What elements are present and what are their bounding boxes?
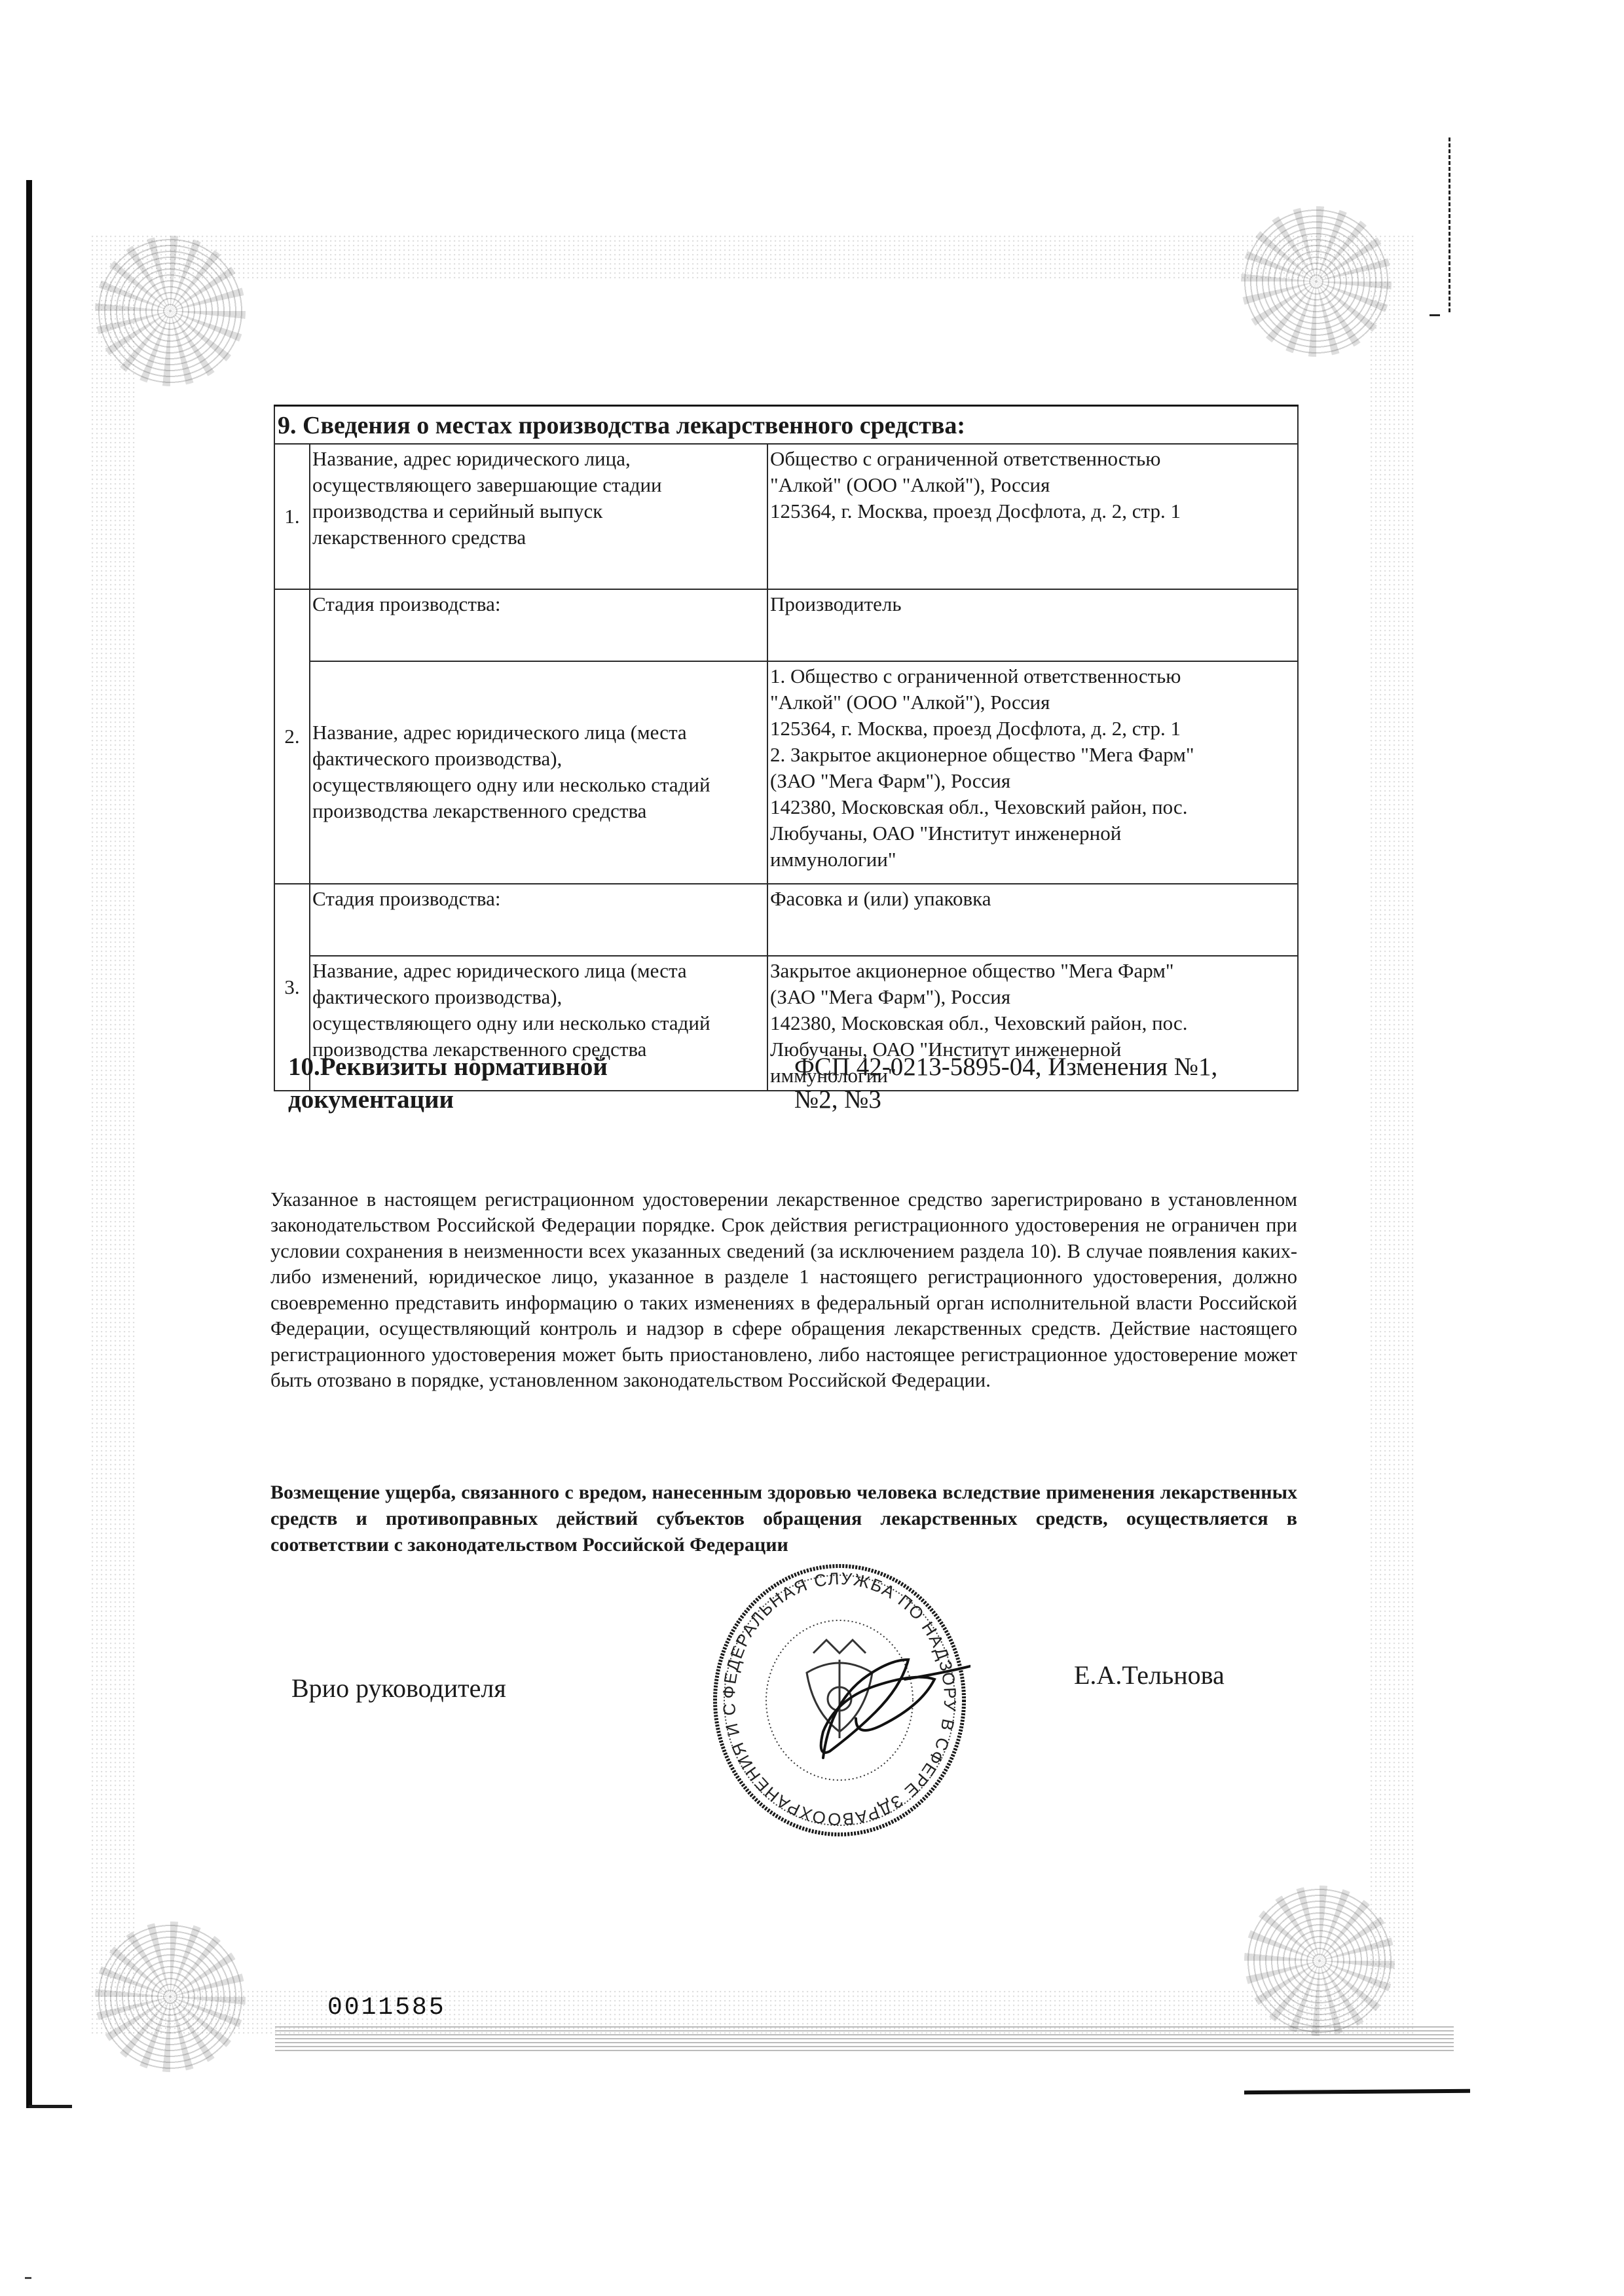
stage-label: Стадия производства: [310, 884, 767, 956]
stage-value: Фасовка и (или) упаковка [767, 884, 1298, 956]
table-row: 3. Стадия производства: Фасовка и (или) … [274, 884, 1298, 956]
signer-name: Е.А.Тельнова [1074, 1660, 1225, 1690]
section-10: 10.Реквизиты нормативной документации ФС… [288, 1051, 1336, 1129]
registration-notice: Указанное в настоящем регистрационном уд… [270, 1187, 1297, 1394]
row-number: 1. [274, 444, 310, 589]
scan-left-edge [26, 180, 32, 2108]
stage-value: Производитель [767, 589, 1298, 661]
production-sites-table: 9. Сведения о местах производства лекарс… [274, 405, 1299, 1091]
row-number: 2. [274, 589, 310, 884]
row-label: Название, адрес юридического лица (места… [310, 661, 767, 884]
table-row: 1. Название, адрес юридического лица, ос… [274, 444, 1298, 589]
rosette-ornament-icon [1241, 206, 1392, 357]
scan-mark [1430, 314, 1440, 316]
rosette-ornament-icon [95, 1922, 246, 2072]
scan-right-edge [1449, 137, 1450, 314]
divider [1244, 2089, 1470, 2094]
scan-mark [25, 2277, 31, 2279]
section-10-label: 10.Реквизиты нормативной документации [288, 1051, 655, 1116]
rosette-ornament-icon [1244, 1886, 1395, 2036]
table-row: 2. Стадия производства: Производитель [274, 589, 1298, 661]
guilloche-band [275, 2026, 1454, 2052]
stage-label: Стадия производства: [310, 589, 767, 661]
row-value: Общество с ограниченной ответственностью… [767, 444, 1298, 589]
row-value: 1. Общество с ограниченной ответственнос… [767, 661, 1298, 884]
section-10-value: ФСП 42-0213-5895-04, Изменения №1, №2, №… [794, 1051, 1292, 1116]
official-seal-icon: ФЕДЕРАЛЬНАЯ СЛУЖБА ПО НАДЗОРУ В СФЕРЕ ЗД… [709, 1561, 970, 1836]
rosette-ornament-icon [95, 236, 246, 386]
damages-notice: Возмещение ущерба, связанного с вредом, … [270, 1480, 1297, 1558]
signer-title: Врио руководителя [291, 1673, 506, 1704]
row-label: Название, адрес юридического лица, осуще… [310, 444, 767, 589]
table-row: Название, адрес юридического лица (места… [274, 661, 1298, 884]
scan-bottom-edge [29, 2105, 72, 2108]
serial-number: 0011585 [327, 1994, 446, 2022]
section-9-title: 9. Сведения о местах производства лекарс… [274, 406, 1298, 445]
